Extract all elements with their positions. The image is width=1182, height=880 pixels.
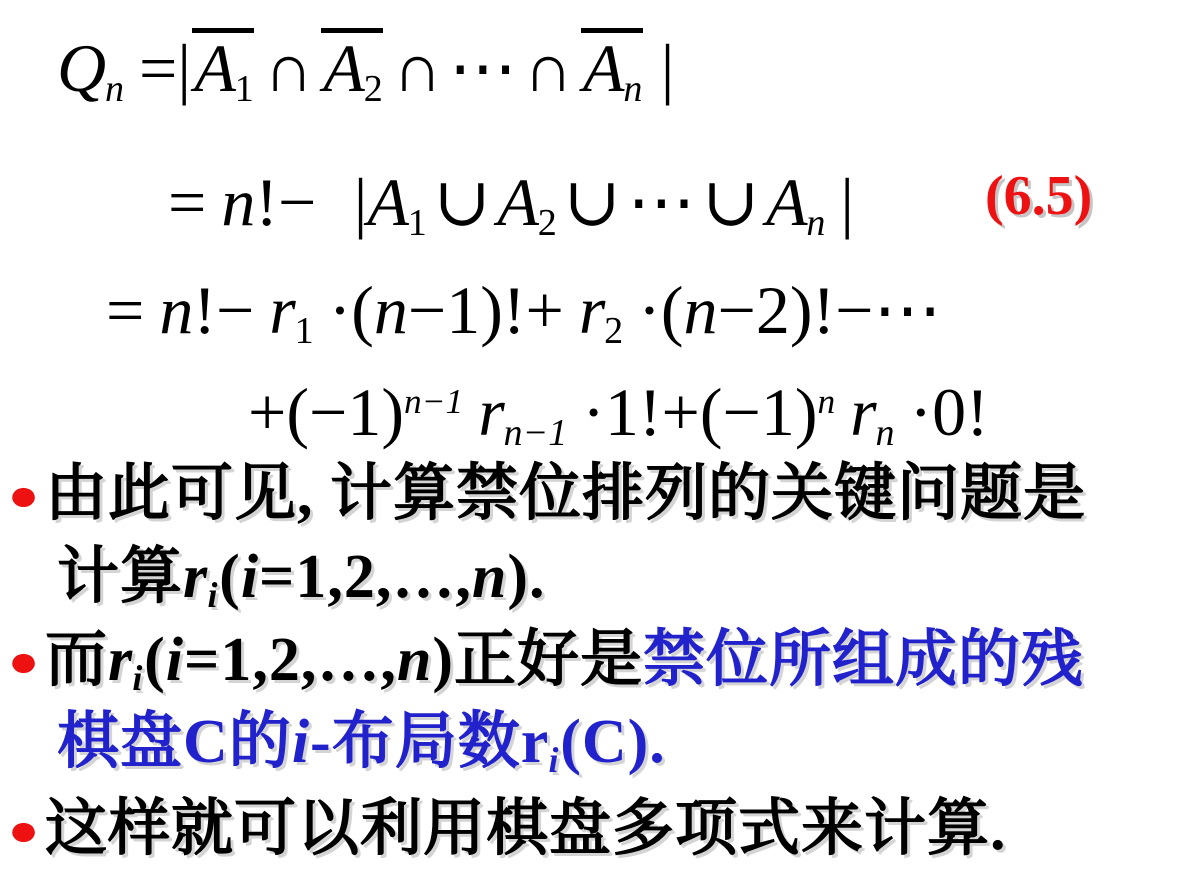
- union-symbol: ∪: [702, 164, 759, 240]
- equation-number-badge: (6.5): [985, 164, 1092, 228]
- bullet-icon: ●: [8, 633, 40, 690]
- minus-one-fact-plus: −1)!+: [408, 272, 564, 348]
- equation-line-3: =n!−r1·(n−1)!+r2·(n−2)!−⋯: [106, 268, 941, 353]
- equals-sign: =: [106, 272, 144, 348]
- complement-set-A2: A2: [320, 29, 386, 107]
- bar-delimiter: |: [661, 30, 675, 106]
- subscript-i: i: [549, 740, 560, 780]
- bullet-icon: ●: [8, 467, 40, 524]
- term-r: r: [183, 543, 208, 611]
- intersection-symbol: ∩: [264, 30, 313, 106]
- union-symbol: ∪: [434, 164, 491, 240]
- text-segment: =1,2,…,: [184, 626, 397, 694]
- text-segment: (: [144, 626, 166, 694]
- text-segment: 这样就可以利用棋盘多项式来计算.: [45, 795, 1007, 863]
- text-segment: 棋盘: [57, 708, 183, 776]
- factorial-minus: !−: [193, 272, 254, 348]
- term-r: r: [108, 626, 133, 694]
- superscript: n−1: [404, 381, 463, 421]
- text-segment-highlight: 禁位所组成的残: [643, 626, 1084, 694]
- term-i: i: [241, 543, 259, 611]
- term-A: A: [497, 164, 539, 240]
- text-segment: (C).: [560, 708, 666, 776]
- dot-zero-fact: ·0!: [910, 374, 989, 450]
- subscript-i: i: [132, 658, 143, 698]
- term-r: r: [521, 708, 550, 776]
- intersection-symbol: ∩: [393, 30, 442, 106]
- subscript: n: [105, 68, 124, 110]
- complement-set-A1: A1: [191, 29, 257, 107]
- slide-canvas: Qn=|A1∩A2∩⋯∩An| =n!−|A1∪A2∪⋯∪An| (6.5) =…: [0, 0, 1182, 880]
- cdots: ⋯: [627, 164, 695, 240]
- text-segment: 计算: [57, 543, 183, 611]
- superscript: n: [818, 381, 836, 421]
- bullet-3-line-1: ●这样就可以利用棋盘多项式来计算.: [10, 790, 1006, 869]
- term-n: n: [683, 272, 717, 348]
- term-A: A: [194, 30, 236, 106]
- subscript: n: [876, 412, 895, 454]
- bullet-1-line-1: ●由此可见, 计算禁位排列的关键问题是: [10, 455, 1086, 534]
- term-n: n: [472, 543, 507, 611]
- subscript: 2: [604, 310, 623, 352]
- subscript: 1: [295, 310, 314, 352]
- equation-line-4: +(−1)n−1rn−1·1!+(−1)nrn·0!: [248, 370, 989, 455]
- bullet-2-line-1: ●而ri(i=1,2,…,n)正好是禁位所组成的残: [10, 621, 1084, 700]
- term-n: n: [221, 164, 255, 240]
- text-segment: 而: [45, 626, 108, 694]
- subscript: 1: [408, 202, 427, 244]
- equation-line-2: =n!−|A1∪A2∪⋯∪An|: [168, 160, 854, 245]
- subscript: 1: [235, 68, 254, 110]
- subscript: n: [623, 68, 642, 110]
- term-A: A: [323, 30, 365, 106]
- term-r: r: [850, 374, 876, 450]
- bullet-1-line-2: 计算ri(i=1,2,…,n).: [57, 538, 546, 617]
- term-n: n: [374, 272, 408, 348]
- bullet-2-line-2: 棋盘C的i-布局数ri(C).: [57, 703, 666, 782]
- minus-two-fact-dots: −2)!−⋯: [717, 272, 941, 348]
- bar-delimiter: |: [840, 164, 854, 240]
- plus-open-minus-one: +(−1): [248, 374, 404, 450]
- text-segment: -布局数: [310, 708, 521, 776]
- text-segment: 正好是: [454, 626, 643, 694]
- complement-set-An: An: [580, 29, 646, 107]
- equals-sign: =: [139, 30, 177, 106]
- subscript: n−1: [504, 412, 568, 454]
- term-r: r: [478, 374, 504, 450]
- term-Q: Q: [57, 30, 106, 106]
- text-segment: (: [219, 543, 241, 611]
- text-segment: 由此可见, 计算禁位排列的关键问题是: [45, 460, 1086, 528]
- intersection-symbol: ∩: [524, 30, 573, 106]
- bar-delimiter: |: [177, 30, 191, 106]
- bar-delimiter: |: [354, 164, 368, 240]
- text-segment: ).: [507, 543, 545, 611]
- dot-open-paren: ·(: [638, 272, 683, 348]
- equals-sign: =: [168, 164, 206, 240]
- text-segment: =1,2,…,: [259, 543, 472, 611]
- text-segment: ): [432, 626, 454, 694]
- subscript-i: i: [207, 575, 218, 615]
- subscript: n: [806, 202, 825, 244]
- subscript: 2: [538, 202, 557, 244]
- bullet-icon: ●: [8, 802, 40, 859]
- term-A: A: [583, 30, 625, 106]
- union-symbol: ∪: [564, 164, 621, 240]
- subscript: 2: [364, 68, 383, 110]
- term-C: C: [183, 708, 229, 776]
- term-r: r: [269, 272, 295, 348]
- text-segment: 的: [229, 708, 292, 776]
- term-n: n: [397, 626, 432, 694]
- dot-open-paren: ·(: [329, 272, 374, 348]
- term-i: i: [166, 626, 184, 694]
- dot-one-fact-plus: ·1!+(−1): [582, 374, 817, 450]
- term-A: A: [367, 164, 409, 240]
- term-i: i: [292, 708, 310, 776]
- equation-line-1: Qn=|A1∩A2∩⋯∩An|: [57, 26, 674, 111]
- term-A: A: [766, 164, 808, 240]
- term-n: n: [159, 272, 193, 348]
- cdots: ⋯: [449, 30, 517, 106]
- term-r: r: [579, 272, 605, 348]
- factorial-minus: !−: [255, 164, 316, 240]
